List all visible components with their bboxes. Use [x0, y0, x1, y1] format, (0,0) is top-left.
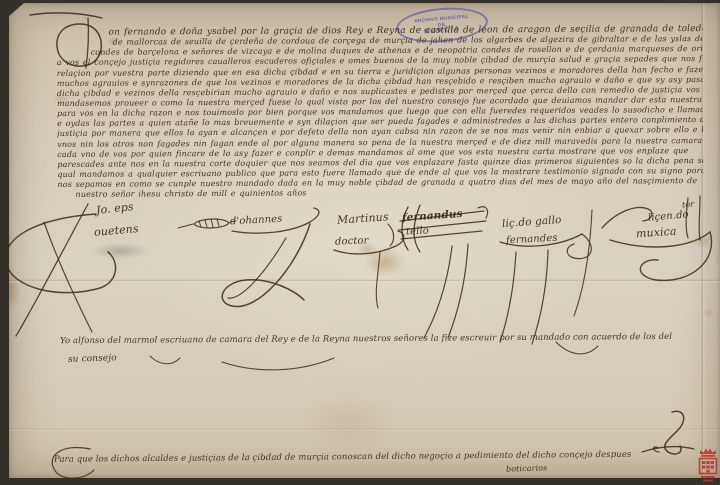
emblem-block [711, 466, 714, 469]
emblem-base-bar [701, 476, 715, 478]
emblem-block [706, 470, 709, 473]
emblem-crown-band [701, 455, 715, 457]
emblem-block [706, 466, 709, 469]
emblem-block [711, 461, 714, 464]
docket-note: boticarios [506, 463, 548, 473]
manuscript-body-text: on fernando e doña ysabel por la graçia … [56, 24, 703, 200]
emblem-crown [700, 449, 716, 455]
signature-muxica-super: tor [682, 199, 695, 209]
signature-martinus-title: doctor [335, 235, 369, 247]
ink-smudge [90, 243, 150, 259]
archive-emblem-icon [697, 446, 719, 484]
signature-fernandus-title: tello [406, 225, 429, 237]
scribe-attestation-council: su consejo [68, 353, 117, 365]
emblem-base-bar2 [703, 480, 713, 482]
manuscript-scan: ARCHIVO MUNICIPAL DE MURCIA on fernando … [0, 0, 720, 485]
emblem-block [706, 461, 709, 464]
emblem-block [702, 461, 705, 464]
emblem-block [702, 466, 705, 469]
